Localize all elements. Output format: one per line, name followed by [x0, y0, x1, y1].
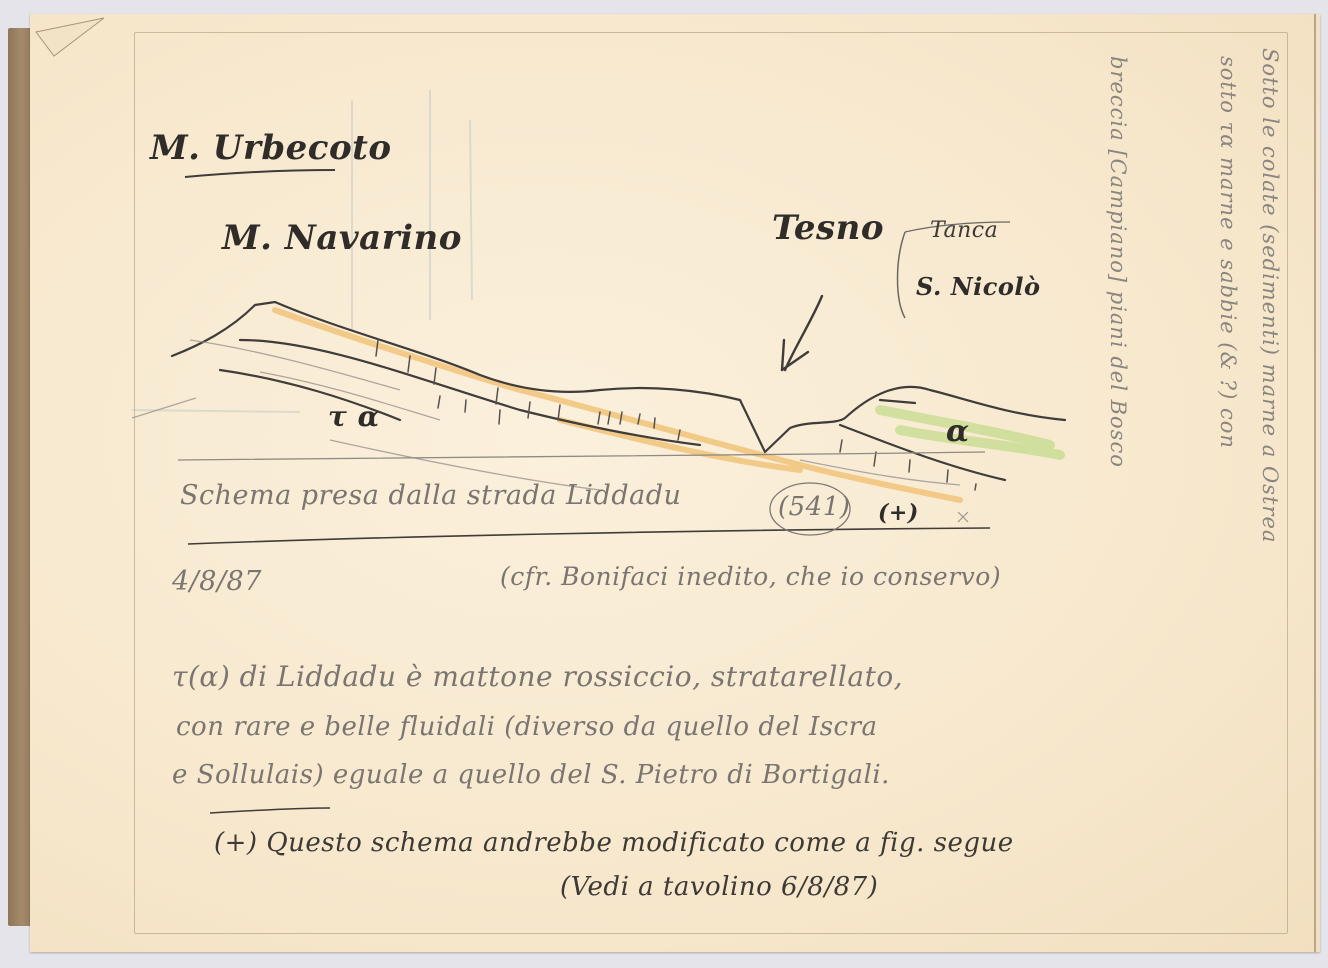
sketch-caption: Schema presa dalla strada Liddadu [180, 480, 681, 511]
sketch-caption-marker: (+) [878, 500, 919, 526]
formation-label-right: α [946, 414, 970, 449]
margin-note-line-2: sotto τα marne e sabbie (& ?) con [1216, 56, 1240, 449]
reference-note: (cfr. Bonifaci inedito, che io conservo) [500, 562, 1001, 591]
bracket-label-bottom: S. Nicolò [916, 272, 1041, 301]
left-peak-label: M. Navarino [222, 218, 462, 258]
center-location-label: Tesno [772, 208, 884, 248]
page-heading: M. Urbecoto [150, 128, 392, 168]
paragraph-line-2: con rare e belle fluidali (diverso da qu… [176, 712, 878, 742]
formation-label-left: τ α [328, 400, 380, 433]
footnote-line-1: (+) Questo schema andrebbe modificato co… [214, 828, 1014, 858]
paragraph-line-3: e Sollulais) eguale a quello del S. Piet… [172, 760, 890, 790]
bracket-label-top: Tanca [930, 218, 998, 243]
margin-note-line-3: breccia [Campiano] piani del Bosco [1106, 56, 1130, 468]
footnote-line-2: (Vedi a tavolino 6/8/87) [560, 872, 878, 902]
sketch-caption-ref: (541) [778, 492, 850, 522]
margin-note-line-1: Sotto le colate (sedimenti) marne a Ostr… [1258, 48, 1282, 543]
paragraph-line-1: τ(α) di Liddadu è mattone rossiccio, str… [172, 660, 903, 693]
entry-date: 4/8/87 [172, 566, 262, 597]
